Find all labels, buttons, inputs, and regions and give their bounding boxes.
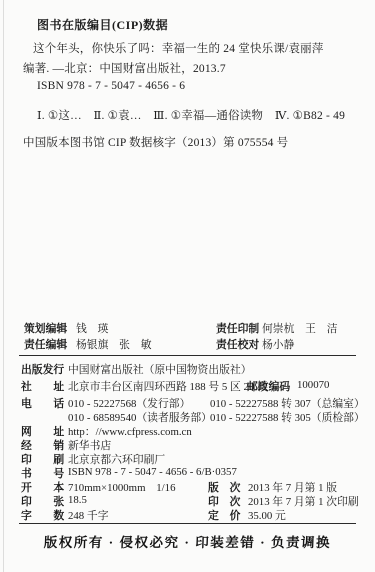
printer-label: 印 刷 <box>21 452 64 467</box>
cip-record-line: 中国版本图书馆 CIP 数据核字（2013）第 075554 号 <box>23 134 288 150</box>
credits-row-1: 策划编辑 钱 瑛 责任印制 何崇杭 王 洁 <box>0 321 375 335</box>
impression-label: 印 次 <box>208 494 240 509</box>
printer-value: 北京京都六环印刷厂 <box>68 452 165 467</box>
book-number-label: 书 号 <box>21 466 64 481</box>
copyright-page: 图书在版编目(CIP)数据 这个年头，你快乐了吗：幸福一生的 24 堂快乐课/袁… <box>0 0 375 572</box>
cip-header: 图书在版编目(CIP)数据 <box>37 16 168 33</box>
copyright-notice: 版权所有 · 侵权必究 · 印装差错 · 负责调换 <box>0 531 375 551</box>
planning-editor-label: 策划编辑 <box>24 321 67 336</box>
edition-value: 2013 年 7 月第 1 版 <box>248 480 337 495</box>
imprint-row-book-number: 书 号 ISBN 978 - 7 - 5047 - 4656 - 6/B·035… <box>0 466 375 480</box>
imprint-row-sheets: 印 张 18.5 印 次 2013 年 7 月第 1 次印刷 <box>0 494 375 508</box>
price-label: 定 价 <box>208 508 240 523</box>
imprint-row-publisher: 出版发行 中国财富出版社（原中国物资出版社） <box>0 362 375 376</box>
distribution-label: 经 销 <box>21 438 64 453</box>
imprint-row-printer: 印 刷 北京京都六环印刷厂 <box>0 452 375 466</box>
format-label: 开 本 <box>21 480 64 495</box>
imprint-row-format: 开 本 710mm×1000mm 1/16 版 次 2013 年 7 月第 1 … <box>0 480 375 494</box>
imprint-row-website: 网 址 http：//www.cfpress.com.cn <box>0 424 375 438</box>
imprint-row-address: 社 址 北京市丰台区南四环西路 188 号 5 区 20 楼 邮政编码 1000… <box>0 379 375 393</box>
address-label: 社 址 <box>21 379 64 394</box>
address-value: 北京市丰台区南四环西路 188 号 5 区 20 楼 <box>68 379 268 394</box>
word-count-label: 字 数 <box>21 508 64 523</box>
website-label: 网 址 <box>21 424 64 439</box>
proofreader-value: 杨小静 <box>262 337 294 352</box>
print-supervisor-label: 责任印制 <box>216 321 259 336</box>
phone-quality-value: 010 - 52227588 转 305（质检部） <box>210 410 365 425</box>
divider-rule-bottom <box>19 523 356 524</box>
imprint-row-phone-2: 010 - 68589540（读者服务部） 010 - 52227588 转 3… <box>0 410 375 424</box>
publisher-value: 中国财富出版社（原中国物资出版社） <box>68 362 252 377</box>
phone-reader-service-value: 010 - 68589540（读者服务部） <box>68 410 212 425</box>
website-value: http：//www.cfpress.com.cn <box>68 424 192 439</box>
sheets-label: 印 张 <box>21 494 64 509</box>
imprint-row-word-count: 字 数 248 千字 定 价 35.00 元 <box>0 508 375 522</box>
responsible-editor-label: 责任编辑 <box>24 337 67 352</box>
edition-label: 版 次 <box>208 480 240 495</box>
postcode-label: 邮政编码 <box>247 379 290 394</box>
planning-editor-value: 钱 瑛 <box>76 321 108 336</box>
distribution-value: 新华书店 <box>68 438 111 453</box>
phone-distribution-value: 010 - 52227568（发行部） <box>68 396 190 411</box>
word-count-value: 248 千字 <box>68 508 109 523</box>
phone-editorial-value: 010 - 52227588 转 307（总编室） <box>210 396 365 411</box>
book-number-value: ISBN 978 - 7 - 5047 - 4656 - 6/B·0357 <box>68 466 237 478</box>
cip-isbn-line: ISBN 978 - 7 - 5047 - 4656 - 6 <box>37 80 185 92</box>
publisher-label: 出版发行 <box>21 362 64 377</box>
cip-publisher-line: 编著. —北京：中国财富出版社，2013.7 <box>23 60 226 76</box>
price-value: 35.00 元 <box>248 508 286 523</box>
sheets-value: 18.5 <box>68 494 87 506</box>
responsible-editor-value: 杨银旗 张 敏 <box>76 337 152 352</box>
cip-title-line: 这个年头，你快乐了吗：幸福一生的 24 堂快乐课/袁丽萍 <box>33 40 324 56</box>
imprint-row-distribution: 经 销 新华书店 <box>0 438 375 452</box>
impression-value: 2013 年 7 月第 1 次印刷 <box>248 494 359 509</box>
format-value: 710mm×1000mm 1/16 <box>68 480 175 495</box>
print-supervisor-value: 何崇杭 王 洁 <box>262 321 338 336</box>
divider-rule-top <box>19 355 356 356</box>
proofreader-label: 责任校对 <box>216 337 259 352</box>
imprint-row-phone-1: 电 话 010 - 52227568（发行部） 010 - 52227588 转… <box>0 396 375 410</box>
credits-row-2: 责任编辑 杨银旗 张 敏 责任校对 杨小静 <box>0 337 375 351</box>
postcode-value: 100070 <box>297 379 329 391</box>
phone-label: 电 话 <box>21 396 64 411</box>
cip-classification-line: Ⅰ. ①这… Ⅱ. ①袁… Ⅲ. ①幸福—通俗读物 Ⅳ. ①B82 - 49 <box>37 107 345 123</box>
